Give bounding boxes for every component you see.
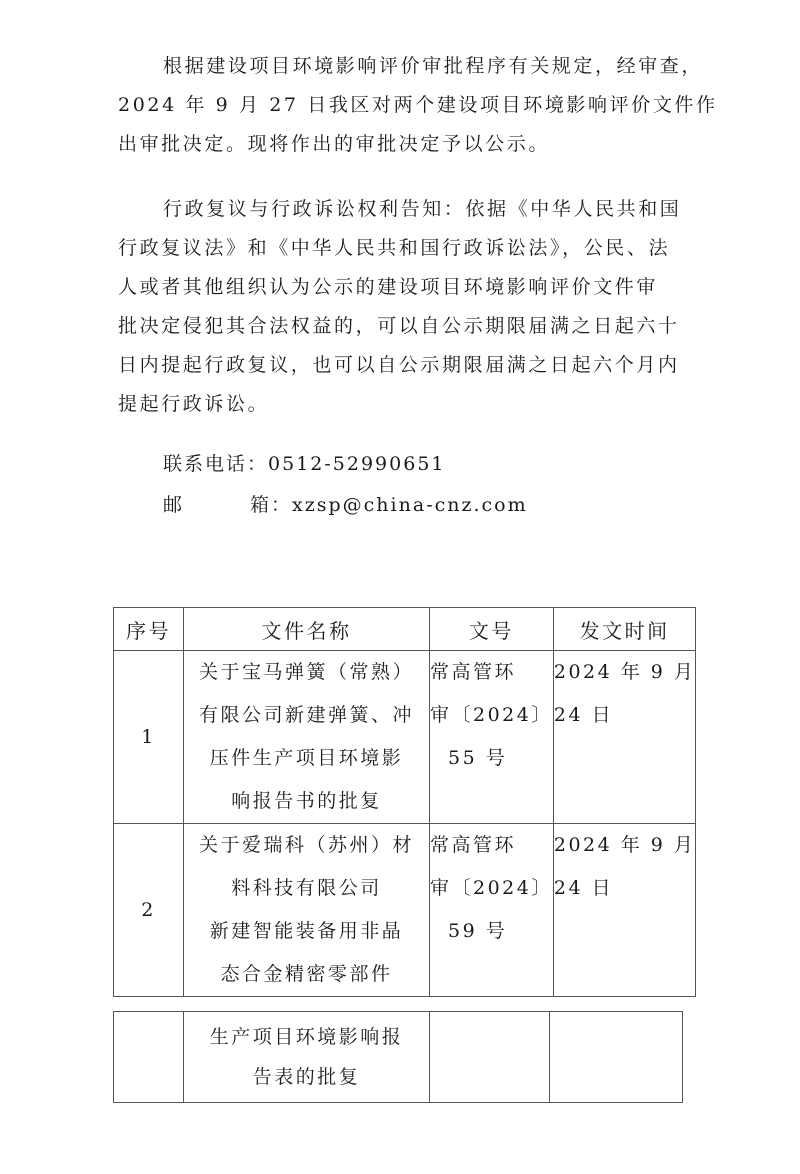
row-document-number: 常高管环 审〔2024〕 55 号 — [430, 651, 554, 824]
paragraph-line: 2024 年 9 月 27 日我区对两个建设项目环境影响评价文件作 — [118, 86, 688, 125]
paragraph-line: 行政复议与行政诉讼权利告知：依据《中华人民共和国 — [118, 190, 688, 229]
table-row: 2 关于爱瑞科（苏州）材 料科技有限公司 新建智能装备用非晶 态合金精密零部件 … — [114, 824, 696, 997]
approval-notice-paragraph: 根据建设项目环境影响评价审批程序有关规定，经审查， 2024 年 9 月 27 … — [118, 47, 688, 164]
table-row: 生产项目环境影响报 告表的批复 — [114, 1012, 683, 1103]
contact-email: 邮箱：xzsp@china-cnz.com — [163, 486, 528, 525]
row-document-name: 关于爱瑞科（苏州）材 料科技有限公司 新建智能装备用非晶 态合金精密零部件 — [184, 824, 430, 997]
name-line: 关于宝马弹簧（常熟） — [184, 651, 429, 694]
phone-value: 0512-52990651 — [268, 453, 445, 475]
name-line: 响报告书的批复 — [184, 780, 429, 823]
name-line: 告表的批复 — [184, 1057, 429, 1097]
number-line: 常高管环 — [430, 824, 553, 867]
row-index — [114, 1012, 184, 1103]
number-line: 59 号 — [430, 910, 553, 953]
date-line: 2024 年 9 月 — [554, 824, 696, 867]
paragraph-line: 行政复议法》和《中华人民共和国行政诉讼法》，公民、法 — [118, 229, 688, 268]
date-line: 24 日 — [554, 867, 696, 910]
name-line: 态合金精密零部件 — [184, 953, 429, 996]
approval-documents-table-continuation: 生产项目环境影响报 告表的批复 — [113, 1011, 683, 1103]
number-line: 55 号 — [430, 737, 553, 780]
paragraph-line: 人或者其他组织认为公示的建设项目环境影响评价文件审 — [118, 268, 688, 307]
header-issue-date: 发文时间 — [553, 608, 696, 651]
paragraph-line: 批决定侵犯其合法权益的，可以自公示期限届满之日起六十 — [118, 307, 688, 346]
header-document-name: 文件名称 — [184, 608, 430, 651]
phone-label: 联系电话： — [163, 453, 268, 475]
row-issue-date — [550, 1012, 683, 1103]
table-header-row: 序号 文件名称 文号 发文时间 — [114, 608, 696, 651]
number-line: 审〔2024〕 — [430, 694, 553, 737]
name-line: 料科技有限公司 — [184, 867, 429, 910]
row-index: 2 — [114, 824, 184, 997]
row-document-name: 生产项目环境影响报 告表的批复 — [184, 1012, 430, 1103]
legal-rights-paragraph: 行政复议与行政诉讼权利告知：依据《中华人民共和国 行政复议法》和《中华人民共和国… — [118, 190, 688, 424]
row-document-name: 关于宝马弹簧（常熟） 有限公司新建弹簧、冲 压件生产项目环境影 响报告书的批复 — [184, 651, 430, 824]
header-document-number: 文号 — [430, 608, 554, 651]
name-line: 生产项目环境影响报 — [184, 1017, 429, 1057]
date-line: 2024 年 9 月 — [554, 651, 696, 694]
header-index: 序号 — [114, 608, 184, 651]
approval-documents-table: 序号 文件名称 文号 发文时间 1 关于宝马弹簧（常熟） 有限公司新建弹簧、冲 … — [113, 607, 696, 997]
email-label-part2: 箱： — [250, 494, 292, 516]
row-document-number — [430, 1012, 550, 1103]
contact-phone: 联系电话：0512-52990651 — [163, 445, 446, 484]
row-index: 1 — [114, 651, 184, 824]
paragraph-line: 出审批决定。现将作出的审批决定予以公示。 — [118, 125, 688, 164]
row-document-number: 常高管环 审〔2024〕 59 号 — [430, 824, 554, 997]
date-line: 24 日 — [554, 694, 696, 737]
table-row: 1 关于宝马弹簧（常熟） 有限公司新建弹簧、冲 压件生产项目环境影 响报告书的批… — [114, 651, 696, 824]
paragraph-line: 根据建设项目环境影响评价审批程序有关规定，经审查， — [118, 47, 688, 86]
row-issue-date: 2024 年 9 月 24 日 — [553, 824, 696, 997]
paragraph-line: 提起行政诉讼。 — [118, 385, 688, 424]
name-line: 新建智能装备用非晶 — [184, 910, 429, 953]
number-line: 审〔2024〕 — [430, 867, 553, 910]
email-value: xzsp@china-cnz.com — [292, 494, 528, 516]
paragraph-line: 日内提起行政复议，也可以自公示期限届满之日起六个月内 — [118, 346, 688, 385]
name-line: 压件生产项目环境影 — [184, 737, 429, 780]
name-line: 关于爱瑞科（苏州）材 — [184, 824, 429, 867]
number-line: 常高管环 — [430, 651, 553, 694]
row-issue-date: 2024 年 9 月 24 日 — [553, 651, 696, 824]
name-line: 有限公司新建弹簧、冲 — [184, 694, 429, 737]
email-label-part1: 邮 — [163, 494, 184, 516]
